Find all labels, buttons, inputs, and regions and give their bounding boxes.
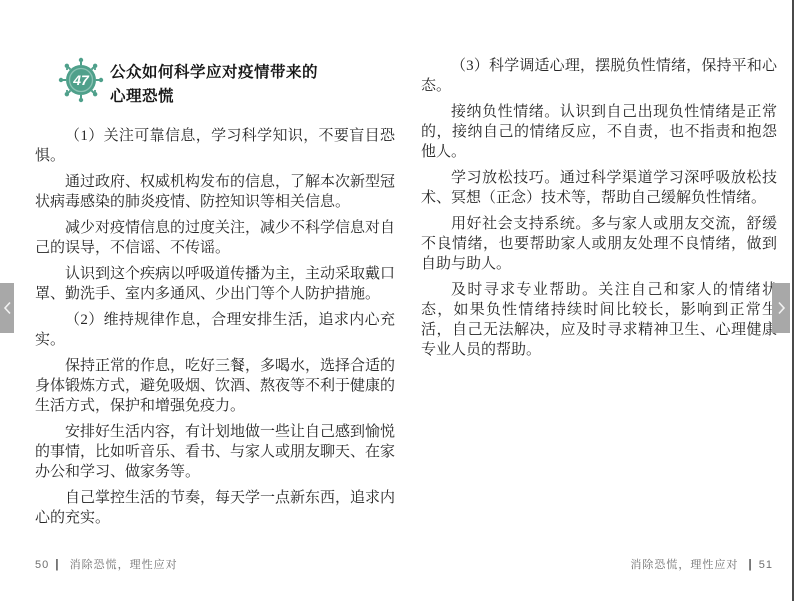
paragraph: 自己掌控生活的节奏，每天学一点新东西，追求内心的充实。: [35, 488, 395, 528]
page-number-left: 50: [35, 559, 49, 571]
paragraph: （2）维持规律作息，合理安排生活，追求内心充实。: [35, 310, 395, 350]
next-page-button[interactable]: [772, 283, 790, 333]
paragraph: 用好社会支持系统。多与家人或朋友交流，舒缓不良情绪，也要帮助家人或朋友处理不良情…: [421, 214, 777, 274]
chevron-left-icon: [3, 301, 12, 315]
chapter-title-line1: 公众如何科学应对疫情带来的: [110, 61, 410, 85]
paragraph: （1）关注可靠信息，学习科学知识，不要盲目恐惧。: [35, 126, 395, 166]
chapter-title: 公众如何科学应对疫情带来的 心理恐慌: [110, 61, 410, 109]
paragraph: 及时寻求专业帮助。关注自己和家人的情绪状态，如果负性情绪持续时间比较长，影响到正…: [421, 280, 777, 360]
page-number-right: 51: [759, 559, 773, 571]
window-right-border: [792, 0, 794, 601]
right-page-body: （3）科学调适心理，摆脱负性情绪，保持平和心态。 接纳负性情绪。认识到自己出现负…: [421, 56, 777, 366]
running-title-left: 消除恐慌，理性应对: [70, 559, 178, 571]
chapter-number: 47: [57, 56, 105, 104]
footer-separator: |: [55, 557, 59, 571]
footer-right: 消除恐慌，理性应对|51: [630, 556, 773, 572]
book-reader-spread: 47 公众如何科学应对疫情带来的 心理恐慌 （1）关注可靠信息，学习科学知识，不…: [0, 0, 795, 601]
footer-left: 50|消除恐慌，理性应对: [35, 556, 178, 572]
running-title-right: 消除恐慌，理性应对: [630, 559, 738, 571]
paragraph: 减少对疫情信息的过度关注，减少不科学信息对自己的误导，不信谣、不传谣。: [35, 218, 395, 258]
paragraph: 认识到这个疾病以呼吸道传播为主，主动采取戴口罩、勤洗手、室内多通风、少出门等个人…: [35, 264, 395, 304]
left-page-body: （1）关注可靠信息，学习科学知识，不要盲目恐惧。 通过政府、权威机构发布的信息，…: [35, 126, 395, 534]
paragraph: 安排好生活内容，有计划地做一些让自己感到愉悦的事情，比如听音乐、看书、与家人或朋…: [35, 422, 395, 482]
chapter-title-line2: 心理恐慌: [110, 85, 410, 109]
paragraph: 保持正常的作息，吃好三餐，多喝水，选择合适的身体锻炼方式，避免吸烟、饮酒、熬夜等…: [35, 356, 395, 416]
chevron-right-icon: [777, 301, 786, 315]
paragraph: 接纳负性情绪。认识到自己出现负性情绪是正常的，接纳自己的情绪反应，不自责，也不指…: [421, 102, 777, 162]
paragraph: 通过政府、权威机构发布的信息，了解本次新型冠状病毒感染的肺炎疫情、防控知识等相关…: [35, 172, 395, 212]
paragraph: （3）科学调适心理，摆脱负性情绪，保持平和心态。: [421, 56, 777, 96]
footer-separator: |: [748, 557, 752, 571]
virus-icon: 47: [57, 56, 105, 104]
previous-page-button[interactable]: [0, 283, 14, 333]
paragraph: 学习放松技巧。通过科学渠道学习深呼吸放松技术、冥想（正念）技术等，帮助自己缓解负…: [421, 168, 777, 208]
